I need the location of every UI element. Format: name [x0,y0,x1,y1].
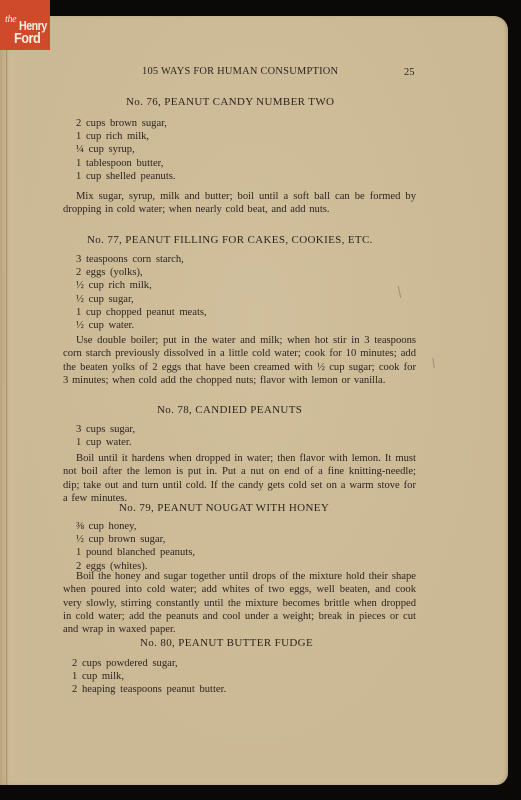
ingredients-80: 2 cups powdered sugar, 1 cup milk, 2 hea… [72,658,226,698]
recipe-title-77: No. 77, PEANUT FILLING FOR CAKES, COOKIE… [87,234,373,247]
ingredient: 1 cup water. [76,437,135,450]
ingredient: ½ cup sugar, [76,294,207,307]
ingredient: 1 pound blanched peanuts, [76,547,195,560]
ingredient: 2 cups brown sugar, [76,118,176,131]
directions-79: Boil the honey and sugar together until … [63,570,416,636]
ingredient: 1 cup shelled peanuts. [76,171,176,184]
ingredient: ½ cup rich milk, [76,280,207,293]
directions-77: Use double boiler; put in the water and … [63,334,416,387]
paper-mark [398,286,401,298]
logo-ford: Ford [14,30,40,47]
ingredient: ¼ cup syrup, [76,144,176,157]
ingredient: 3 teaspoons corn starch, [76,254,207,267]
recipe-title-76: No. 76, PEANUT CANDY NUMBER TWO [126,96,334,109]
ingredients-77: 3 teaspoons corn starch, 2 eggs (yolks),… [76,254,207,333]
page-text: 105 WAYS FOR HUMAN CONSUMPTION 25 No. 76… [0,0,521,800]
ingredient: 1 tablespoon butter, [76,158,176,171]
recipe-title-80: No. 80, PEANUT BUTTER FUDGE [140,637,313,650]
ingredients-78: 3 cups sugar, 1 cup water. [76,424,135,450]
ingredient: ⅜ cup honey, [76,521,195,534]
page-number: 25 [404,67,414,80]
ingredients-79: ⅜ cup honey, ½ cup brown sugar, 1 pound … [76,521,195,574]
ingredient: 2 eggs (yolks), [76,267,207,280]
ingredient: ½ cup brown sugar, [76,534,195,547]
ingredient: 3 cups sugar, [76,424,135,437]
ingredient: 1 cup milk, [72,671,226,684]
ingredients-76: 2 cups brown sugar, 1 cup rich milk, ¼ c… [76,118,176,184]
directions-76: Mix sugar, syrup, milk and butter; boil … [63,190,416,217]
logo-the: the [5,14,16,25]
ingredient: 1 cup chopped peanut meats, [76,307,207,320]
recipe-title-79: No. 79, PEANUT NOUGAT WITH HONEY [119,502,329,515]
ingredient: 2 heaping teaspoons peanut butter. [72,684,226,697]
ingredient: 1 cup rich milk, [76,131,176,144]
paper-mark [432,358,434,368]
ingredient: ½ cup water. [76,320,207,333]
recipe-title-78: No. 78, CANDIED PEANUTS [157,404,302,417]
running-head: 105 WAYS FOR HUMAN CONSUMPTION [142,66,338,79]
henry-ford-logo: the Henry Ford [0,0,50,50]
directions-78: Boil until it hardens when dropped in wa… [63,452,416,505]
ingredient: 2 cups powdered sugar, [72,658,226,671]
